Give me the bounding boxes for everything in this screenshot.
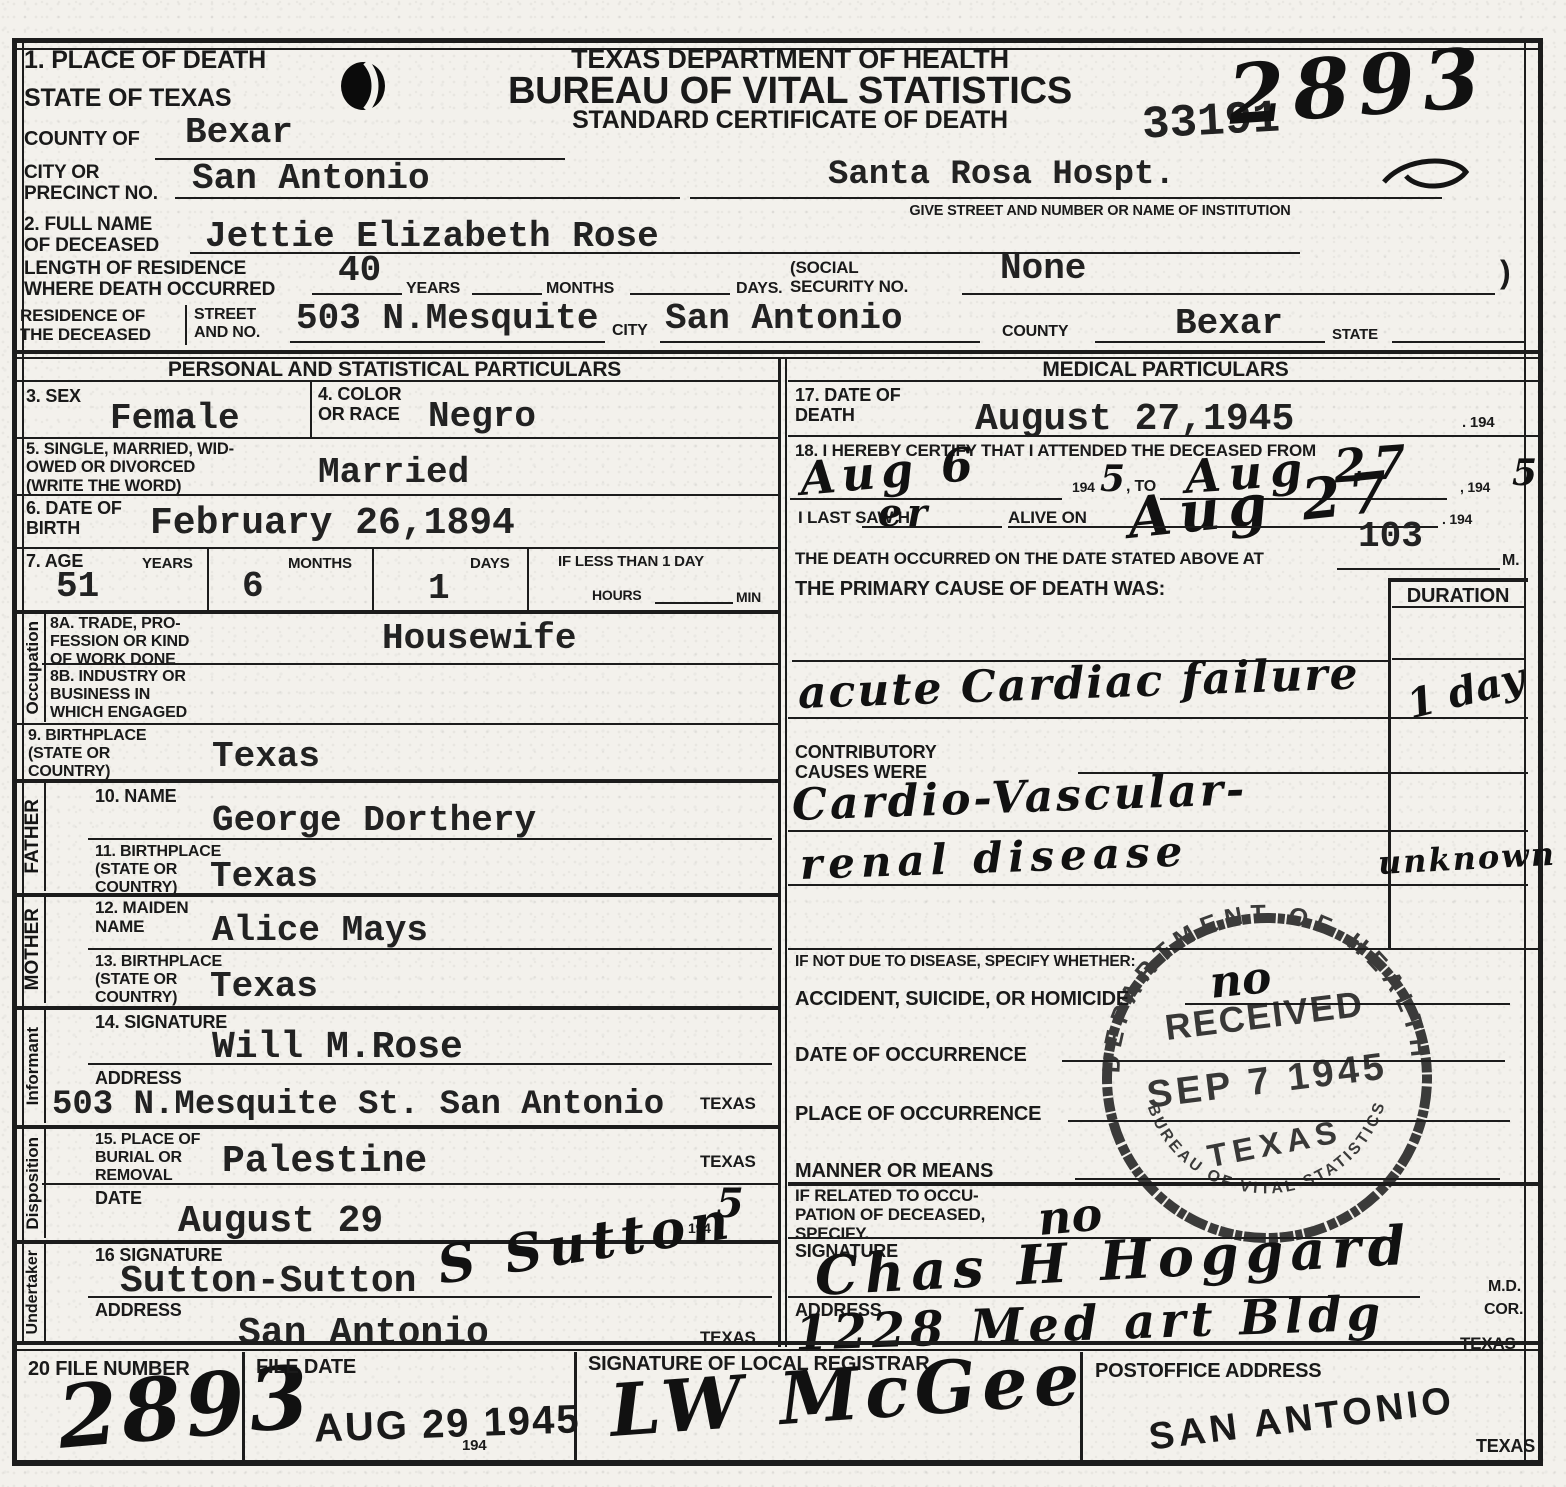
street-underline <box>290 341 605 343</box>
marital-label: 5. SINGLE, MARRIED, WID- OWED OR DIVORCE… <box>26 440 234 495</box>
age-months-label: MONTHS <box>288 556 352 573</box>
color-race-value: Negro <box>428 396 536 437</box>
bottom-strip-top <box>12 1341 1543 1345</box>
hours-underline <box>655 602 733 604</box>
file-date-label: FILE DATE <box>256 1356 356 1378</box>
institution-underline <box>690 197 1442 199</box>
row-line-663 <box>42 663 778 665</box>
stamp-date-text: SEP 7 1945 <box>1145 1045 1390 1116</box>
row-line-437 <box>12 437 778 439</box>
months-underline <box>472 293 542 295</box>
institution-hint: GIVE STREET AND NUMBER OR NAME OF INSTIT… <box>760 203 1440 219</box>
maiden-name-value: Alice Mays <box>212 910 428 951</box>
left-section-title: PERSONAL AND STATISTICAL PARTICULARS <box>12 358 777 382</box>
manner-label: MANNER OR MEANS <box>795 1160 993 1182</box>
burial-label: 15. PLACE OF BURIAL OR REMOVAL <box>95 1131 200 1185</box>
date-of-birth-value: February 26,1894 <box>150 502 515 545</box>
ssn-underline <box>962 293 1495 295</box>
border-right-inner <box>1524 40 1526 1460</box>
left-title-underline <box>12 380 778 382</box>
county2-label: COUNTY <box>1002 323 1068 341</box>
ink-blot <box>336 58 392 114</box>
residence-years-value: 40 <box>338 250 381 291</box>
year1-printed: 194 <box>1072 480 1095 496</box>
occupation-side-label: Occupation <box>23 621 43 715</box>
header-separator <box>12 350 1543 354</box>
border-left <box>12 38 17 1466</box>
birthplace11-label: 11. BIRTHPLACE (STATE OR COUNTRY) <box>95 843 221 897</box>
md-label: M.D. <box>1488 1278 1521 1296</box>
lastsaw-her-underline <box>862 526 1002 528</box>
right-section-title: MEDICAL PARTICULARS <box>788 358 1543 382</box>
trade-label: 8A. TRADE, PRO- FESSION OR KIND OF WORK … <box>50 615 189 669</box>
burial-date-label: DATE <box>95 1188 142 1208</box>
side-strip-father: FATHER <box>22 782 46 891</box>
cause-line-717 <box>788 717 1528 719</box>
birthplace9-value: Texas <box>212 736 320 777</box>
burial-state: TEXAS <box>700 1152 756 1171</box>
disposition-side-label: Disposition <box>23 1137 43 1230</box>
year2-printed: , 194 <box>1460 480 1490 496</box>
county-value: Bexar <box>185 112 293 153</box>
date-of-birth-label: 6. DATE OF BIRTH <box>26 498 122 538</box>
residence-of-label: RESIDENCE OF THE DECEASED <box>20 306 151 344</box>
row-line-948 <box>88 948 772 950</box>
city2-value: San Antonio <box>665 298 903 339</box>
ssn-close-paren: ) <box>1500 255 1510 291</box>
year1-hand: 5 <box>1100 458 1125 500</box>
days-underline <box>630 293 730 295</box>
undertaker-side-label: Undertaker <box>24 1250 42 1334</box>
border-bottom <box>12 1460 1543 1466</box>
mother-side-label: MOTHER <box>22 908 44 990</box>
death-time-typed: 103 <box>1358 516 1423 557</box>
stamp-received-text: RECEIVED <box>1163 983 1367 1048</box>
county2-value: Bexar <box>1175 303 1283 344</box>
side-strip-occupation: Occupation <box>22 613 46 722</box>
cor-label: COR. <box>1484 1301 1523 1319</box>
marital-value: Married <box>318 452 469 493</box>
contributory-hand2: renal disease <box>799 826 1189 889</box>
years-underline <box>312 293 402 295</box>
father-side-label: FATHER <box>22 799 44 874</box>
duration-label: DURATION <box>1392 585 1524 607</box>
right-title-underline <box>788 380 1543 382</box>
related-label: IF RELATED TO OCCU- PATION OF DECEASED, … <box>795 1186 985 1243</box>
birthplace13-label: 13. BIRTHPLACE (STATE OR COUNTRY) <box>95 953 222 1007</box>
father-name-label: 10. NAME <box>95 786 176 806</box>
city-underline <box>175 197 680 199</box>
row-line-1063 <box>88 1063 772 1065</box>
residence-divider <box>185 305 187 345</box>
institution-value: Santa Rosa Hospt. <box>828 156 1175 194</box>
city-precinct-label: CITY OR PRECINCT NO. <box>24 162 158 205</box>
age-years-label: YEARS <box>142 556 193 573</box>
file-date-stamp: AUG 29 1945 <box>313 1397 581 1451</box>
lastsaw-post-label: ALIVE ON <box>1008 508 1087 527</box>
side-strip-mother: MOTHER <box>22 896 46 1003</box>
row-line-1183 <box>42 1183 778 1185</box>
number-flourish <box>1378 152 1474 200</box>
date-of-death-label: 17. DATE OF DEATH <box>795 385 900 425</box>
undertaker-address-label: ADDRESS <box>95 1300 182 1320</box>
row-line-1296 <box>88 1296 772 1298</box>
year2-hand: 5 <box>1512 452 1537 494</box>
row-line-435r <box>788 435 1543 437</box>
burial-value: Palestine <box>222 1140 427 1183</box>
year3-printed: . 194 <box>1442 512 1472 528</box>
place-of-death-label: 1. PLACE OF DEATH <box>24 46 266 74</box>
birthplace11-value: Texas <box>210 856 318 897</box>
informant-side-label: Informant <box>23 1027 43 1105</box>
occurred-label: THE DEATH OCCURRED ON THE DATE STATED AB… <box>795 549 1264 568</box>
age-months-value: 6 <box>242 566 264 607</box>
months-label: MONTHS <box>546 280 614 298</box>
death-certificate-scan: 1. PLACE OF DEATH STATE OF TEXAS TEXAS D… <box>0 0 1566 1487</box>
ssn-value: None <box>1000 248 1086 289</box>
row-line-723 <box>12 723 778 725</box>
county-label: COUNTY OF <box>24 128 140 150</box>
side-strip-undertaker: Undertaker <box>22 1243 46 1341</box>
color-race-label: 4. COLOR OR RACE <box>318 384 401 424</box>
trade-value: Housewife <box>382 618 576 659</box>
age-days-label: DAYS <box>470 556 510 573</box>
state2-label: STATE <box>1332 327 1378 344</box>
residence-length-label: LENGTH OF RESIDENCE WHERE DEATH OCCURRED <box>24 258 275 301</box>
sex-color-divider <box>310 381 312 437</box>
birthplace13-value: Texas <box>210 966 318 1007</box>
father-name-value: George Dorthery <box>212 800 536 841</box>
date-of-death-year-printed: . 194 <box>1462 415 1494 432</box>
age-days-value: 1 <box>428 568 450 609</box>
city2-underline <box>660 341 980 343</box>
place-occurrence-label: PLACE OF OCCURRENCE <box>795 1103 1041 1125</box>
fullname-value: Jettie Elizabeth Rose <box>205 216 659 257</box>
hours-label: HOURS <box>592 588 642 604</box>
burial-date-value: August 29 <box>178 1200 383 1243</box>
informant-address-value: 503 N.Mesquite St. San Antonio <box>52 1086 664 1124</box>
file-date-year-printed: 194 <box>462 1438 486 1455</box>
lastsaw-her-hand: er <box>878 490 932 535</box>
age-years-value: 51 <box>56 566 99 607</box>
column-divider <box>778 357 781 1347</box>
m-label: M. <box>1502 552 1519 570</box>
age-div-3 <box>527 548 529 610</box>
state-of-texas-label: STATE OF TEXAS <box>24 84 231 112</box>
state2-underline <box>1392 341 1524 343</box>
postoffice-label: POSTOFFICE ADDRESS <box>1095 1360 1321 1382</box>
sex-value: Female <box>110 398 240 439</box>
row-line-547 <box>12 547 778 549</box>
age-div-1 <box>207 548 209 610</box>
duration-underline <box>1392 606 1524 608</box>
undertaker-signature-handwritten: S Sutton <box>433 1190 738 1297</box>
sex-label: 3. SEX <box>26 386 81 406</box>
row-line-779 <box>12 779 778 783</box>
days-label: DAYS. <box>736 280 782 298</box>
received-stamp: DEPARTMENT OF HEALTH BUREAU OF VITAL STA… <box>1061 872 1473 1284</box>
less-than-day-label: IF LESS THAN 1 DAY <box>558 554 704 571</box>
row-line-1125 <box>12 1125 778 1129</box>
county2-underline <box>1095 341 1325 343</box>
city2-label: CITY <box>612 322 648 340</box>
column-divider-inner <box>785 357 787 1347</box>
row-line-610 <box>12 610 778 614</box>
side-strip-informant: Informant <box>22 1009 46 1123</box>
years-label: YEARS <box>406 280 460 298</box>
industry-label: 8B. INDUSTRY OR BUSINESS IN WHICH ENGAGE… <box>50 668 187 722</box>
city-value: San Antonio <box>192 158 430 199</box>
certificate-number-handwritten: 2893 <box>1225 30 1491 144</box>
postoffice-state: TEXAS <box>1476 1436 1535 1456</box>
postoffice-stamp: SAN ANTONIO <box>1147 1379 1458 1459</box>
row-line-494 <box>12 494 778 496</box>
primary-cause-hand: acute Cardiac failure <box>797 648 1360 719</box>
birthplace9-label: 9. BIRTHPLACE (STATE OR COUNTRY) <box>28 727 146 781</box>
row-line-1006 <box>12 1006 778 1010</box>
age-div-2 <box>372 548 374 610</box>
dept-title-line3: STANDARD CERTIFICATE OF DEATH <box>510 106 1070 134</box>
street-label: STREET AND NO. <box>194 306 260 342</box>
informant-address-state: TEXAS <box>700 1094 756 1113</box>
occurred-underline <box>1337 568 1500 570</box>
ssn-label: (SOCIAL SECURITY NO. <box>790 258 908 296</box>
street-value: 503 N.Mesquite <box>296 298 598 339</box>
border-right <box>1538 38 1543 1466</box>
informant-signature-label: 14. SIGNATURE <box>95 1012 227 1032</box>
row-line-893 <box>12 893 778 897</box>
row-line-838 <box>88 838 772 840</box>
duration-box-top <box>1388 578 1528 582</box>
primary-cause-label: THE PRIMARY CAUSE OF DEATH WAS: <box>795 578 1165 600</box>
date-occurrence-label: DATE OF OCCURRENCE <box>795 1044 1027 1066</box>
maiden-name-label: 12. MAIDEN NAME <box>95 898 188 936</box>
min-label: MIN <box>736 590 761 606</box>
fullname-label: 2. FULL NAME OF DECEASED <box>24 214 159 257</box>
